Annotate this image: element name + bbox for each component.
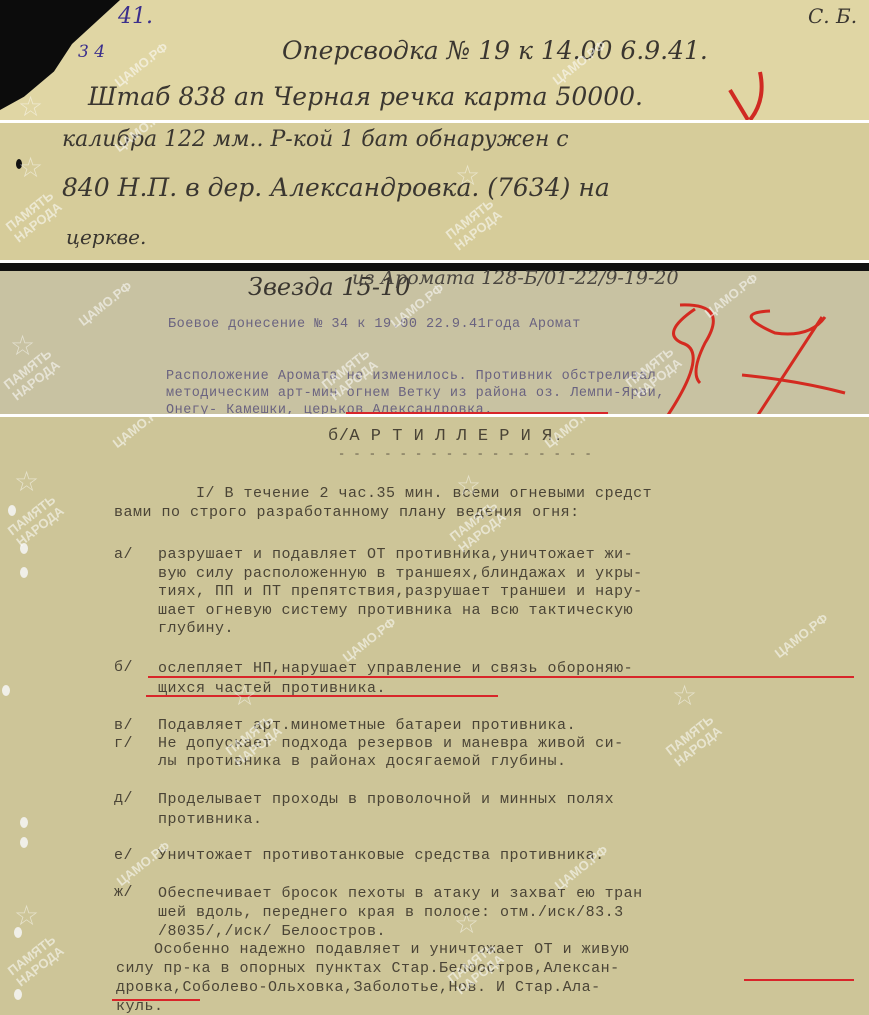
archive-note: 41. [118, 4, 153, 29]
item-text: ослепляет НП,нарушает управление и связь… [158, 659, 633, 699]
watermark-project: ПАМЯТЬНАРОДА [5, 493, 67, 550]
report-line: Расположение Аромата не изменилось. Прот… [166, 369, 656, 384]
punch-hole [20, 837, 28, 848]
item-text: разрушает и подавляет ОТ противника,унич… [158, 546, 643, 639]
report-body: Расположение Аромата не изменилось. Прот… [166, 351, 665, 414]
document-fragment-artillery-orders: б/А Р Т И Л Л Е Р И Я. - - - - - - - - -… [0, 417, 869, 1015]
watermark-project: ПАМЯТЬНАРОДА [663, 713, 725, 770]
watermark-site: ЦАМО.РФ [110, 417, 168, 451]
punch-hole [14, 989, 22, 1000]
punch-hole [8, 505, 16, 516]
item-text: Уничтожает противотанковые средства прот… [158, 847, 605, 864]
red-underline [346, 412, 608, 414]
red-underline [148, 676, 854, 678]
watermark-project: ПАМЯТЬНАРОДА [3, 189, 65, 246]
document-fragment-operational-summary: 41. 3 4 С. Б. Оперсводка № 19 к 14.00 6.… [0, 0, 869, 120]
punch-hole [20, 817, 28, 828]
punch-hole [16, 159, 22, 169]
red-underline [146, 695, 498, 697]
item-text: Проделывает проходы в проволочной и минн… [158, 790, 614, 830]
watermark-project: ПАМЯТЬНАРОДА [1, 347, 63, 404]
document-line: калибра 122 мм.. Р-кой 1 бат обнаружен с [62, 127, 569, 152]
report-line: методическим арт-мин огнем Ветку из райо… [166, 386, 665, 401]
item-marker: д/ [114, 790, 133, 807]
punch-hole [20, 567, 28, 578]
closing-paragraph: Особенно надежно подавляет и уничтожает … [116, 940, 629, 1015]
item-text: Подавляет арт.минометные батареи противн… [158, 717, 576, 734]
item-text: Не допускает подхода резервов и маневра … [158, 735, 624, 771]
punch-hole [20, 543, 28, 554]
handwritten-header: из Аромата 128-Б/01-22/9-19-20 [352, 267, 679, 289]
punch-hole [2, 685, 10, 696]
item-text: Обеспечивает бросок пехоты в атаку и зах… [158, 884, 643, 941]
document-fragment-combat-report: Звезда 15-10 из Аромата 128-Б/01-22/9-19… [0, 263, 869, 414]
watermark-site: ЦАМО.РФ [702, 271, 760, 321]
document-line: церкве. [66, 225, 146, 249]
intro-paragraph: I/ В течение 2 час.35 мин. всеми огневым… [114, 484, 652, 522]
report-title: Боевое донесение № 34 к 19.00 22.9.41год… [168, 317, 581, 332]
watermark-site: ЦАМО.РФ [76, 279, 134, 329]
document-line: 840 Н.П. в дер. Александровка. (7634) на [62, 173, 610, 202]
document-title: Оперсводка № 19 к 14.00 6.9.41. [282, 36, 708, 65]
red-pencil-number [650, 303, 850, 414]
document-line: Штаб 838 ап Черная речка карта 50000. [88, 82, 643, 111]
red-underline [744, 979, 854, 981]
watermark-site: ЦАМО.РФ [772, 611, 830, 661]
watermark-star-icon: ☆ [672, 679, 697, 712]
document-fragment-battery-report: калибра 122 мм.. Р-кой 1 бат обнаружен с… [0, 123, 869, 260]
watermark-star-icon: ☆ [18, 151, 43, 184]
item-marker: г/ [114, 735, 133, 752]
red-pencil-mark [720, 70, 790, 120]
item-marker: е/ [114, 847, 133, 864]
sheet-marker: С. Б. [808, 4, 857, 28]
watermark-project: ПАМЯТЬНАРОДА [443, 197, 505, 254]
watermark-star-icon: ☆ [10, 329, 35, 362]
section-title: б/А Р Т И Л Л Е Р И Я. [328, 427, 563, 446]
watermark-project: ПАМЯТЬНАРОДА [5, 933, 67, 990]
archive-code: 3 4 [78, 42, 105, 62]
item-marker: а/ [114, 546, 133, 563]
red-underline [112, 999, 200, 1001]
item-marker: ж/ [114, 884, 133, 901]
item-marker: в/ [114, 717, 133, 734]
item-marker: б/ [114, 659, 133, 676]
punch-hole [14, 927, 22, 938]
section-title-dashed-underline: - - - - - - - - - - - - - - - - - [338, 447, 592, 461]
watermark-star-icon: ☆ [14, 465, 39, 498]
